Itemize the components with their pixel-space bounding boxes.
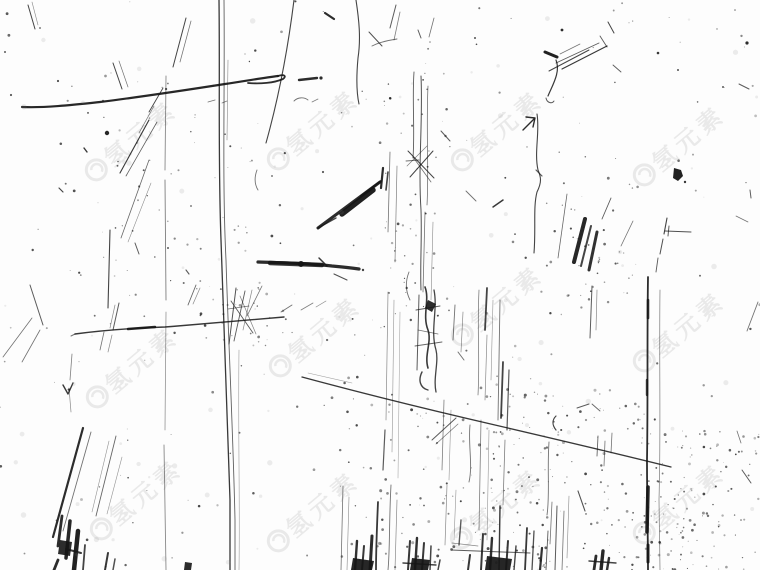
texture-background xyxy=(0,0,760,570)
grunge-texture-image: 氢元素氢元素氢元素氢元素氢元素氢元素氢元素氢元素氢元素氢元素氢元素氢元素 xyxy=(0,0,760,570)
texture-svg: 氢元素氢元素氢元素氢元素氢元素氢元素氢元素氢元素氢元素氢元素氢元素氢元素 xyxy=(0,0,760,570)
page: { "image": { "type": "grunge-scratch-tex… xyxy=(0,0,760,570)
